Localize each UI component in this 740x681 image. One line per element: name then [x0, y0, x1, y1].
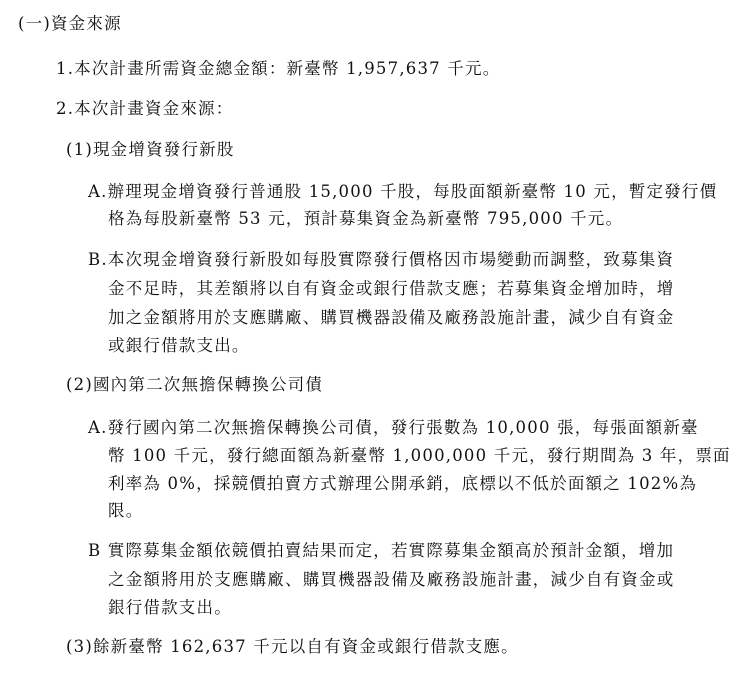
sub-2-a-line-2: 幣 100 千元，發行總面額為新臺幣 1,000,000 千元，發行期間為 3 … [108, 446, 731, 466]
sub-3-remaining-funds: (3)餘新臺幣 162,637 千元以自有資金或銀行借款支應。 [66, 637, 519, 657]
sub-1-b-line-3: 加之金額將用於支應購廠、購買機器設備及廠務設施計畫，減少自有資金 [108, 308, 674, 328]
item-1-total-funds: 1.本次計畫所需資金總金額：新臺幣 1,957,637 千元。 [56, 59, 500, 79]
sub-2-b-line-2: 之金額將用於支應購廠、購買機器設備及廠務設施計畫，減少自有資金或 [108, 570, 674, 590]
sub-2-a-line-4: 限。 [108, 501, 143, 521]
sub-2-b-line-3: 銀行借款支出。 [108, 598, 232, 618]
sub-2-a-line-3: 利率為 0%，採競價拍賣方式辦理公開承銷，底標以不低於面額之 102%為 [108, 474, 697, 494]
sub-1-a-line-1: A.辦理現金增資發行普通股 15,000 千股，每股面額新臺幣 10 元，暫定發… [88, 182, 717, 202]
sub-2-a-line-1: A.發行國內第二次無擔保轉換公司債，發行張數為 10,000 張，每張面額新臺 [88, 418, 699, 438]
sub-1-a-line-2: 格為每股新臺幣 53 元，預計募集資金為新臺幣 795,000 千元。 [108, 209, 623, 229]
sub-1-heading: (1)現金增資發行新股 [66, 140, 235, 160]
item-2-funding-sources: 2.本次計畫資金來源： [56, 99, 233, 119]
sub-1-b-line-1: B.本次現金增資發行新股如每股實際發行價格因市場變動而調整，致募集資 [88, 250, 674, 270]
sub-1-b-line-2: 金不足時，其差額將以自有資金或銀行借款支應；若募集資金增加時，增 [108, 279, 674, 299]
section-heading: (一)資金來源 [18, 14, 122, 34]
sub-2-b-line-1: B 實際募集金額依競價拍賣結果而定，若實際募集金額高於預計金額，增加 [88, 541, 674, 561]
sub-2-heading: (2)國內第二次無擔保轉換公司債 [66, 375, 323, 395]
sub-1-b-line-4: 或銀行借款支出。 [108, 336, 250, 356]
